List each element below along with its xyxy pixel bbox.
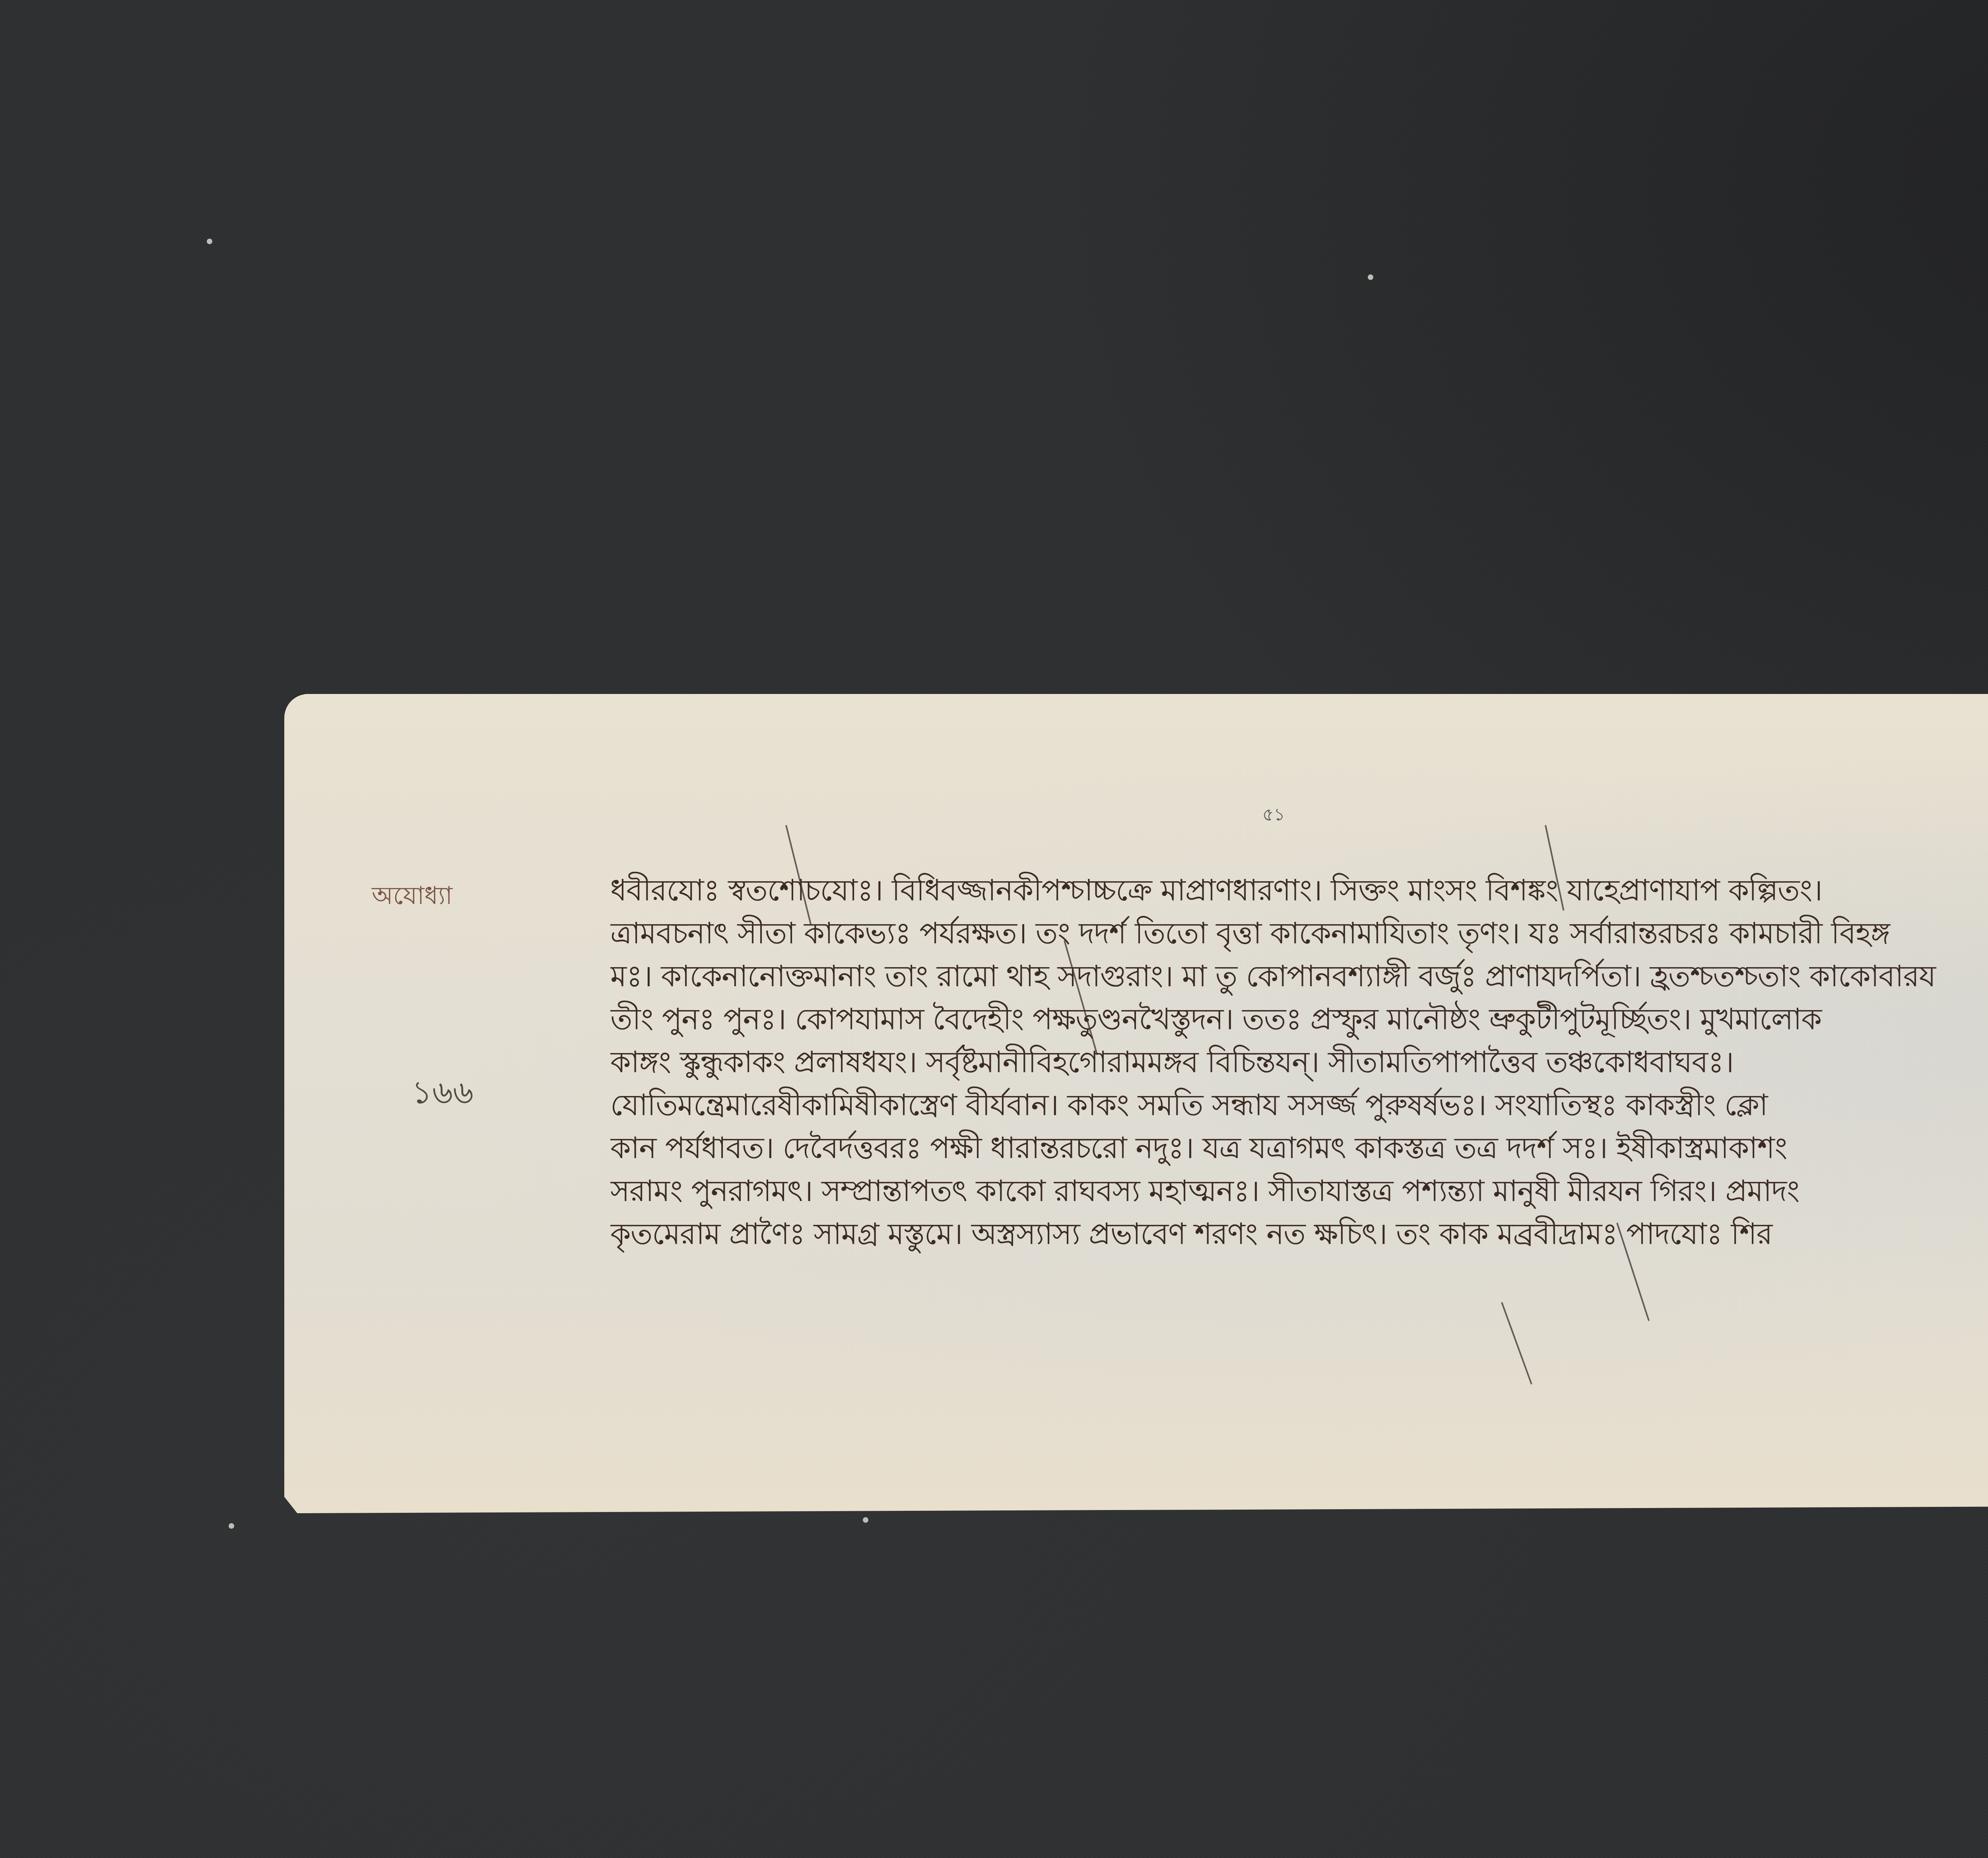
manuscript-leaf: ৫১ অযোধ্যা ১৬৬ ৩০১ ধবীরযোঃ স্বতশোচযোঃ। ব… — [284, 694, 1988, 1513]
background-speck — [229, 1523, 234, 1529]
text-line-6: যোতিমন্ত্রেমারেষীকামিষীকাস্ত্রেণ বীর্যবা… — [610, 1084, 1988, 1127]
margin-leaf-number-left: ১৬৬ — [412, 1068, 474, 1121]
text-line-2: ত্রামবচনাৎ সীতা কাকেভ্যঃ পর্যরক্ষত। তং দ… — [610, 912, 1988, 955]
text-line-9: কৃতমেরাম প্রাণৈঃ সামগ্র মস্তুমে। অস্ত্রস… — [610, 1213, 1988, 1256]
text-line-7: কান পর্যধাবত। দেবৈর্দত্তবরঃ পক্ষী ধারান্… — [610, 1127, 1988, 1170]
text-line-5: কাঙ্গং স্কুন্ধুকাকং প্রলাষধযং। সর্বৃষ্টম… — [610, 1041, 1988, 1084]
background-speck — [863, 1517, 868, 1523]
text-line-8: সরামং পুনরাগমৎ। সম্প্রান্তাপতৎ কাকো রাঘব… — [610, 1170, 1988, 1213]
text-line-4: তীং পুনঃ পুনঃ। কোপযামাস বৈদেহীং পক্ষতুণ্… — [610, 998, 1988, 1041]
text-line-3: মঃ। কাকেনানোক্তমানাং তাং রামো থাহ সদাগুর… — [610, 955, 1988, 998]
manuscript-text-block: ধবীরযোঃ স্বতশোচযোঃ। বিধিবজ্জানকীপশ্চাচ্চ… — [610, 869, 1988, 1256]
background-speck — [1368, 274, 1373, 280]
text-line-1: ধবীরযোঃ স্বতশোচযোঃ। বিধিবজ্জানকীপশ্চাচ্চ… — [610, 869, 1988, 912]
folio-mark: ৫১ — [1262, 801, 1285, 830]
margin-title: অযোধ্যা — [372, 877, 452, 918]
annotation-stroke — [1501, 1302, 1532, 1385]
background-speck — [207, 239, 212, 244]
